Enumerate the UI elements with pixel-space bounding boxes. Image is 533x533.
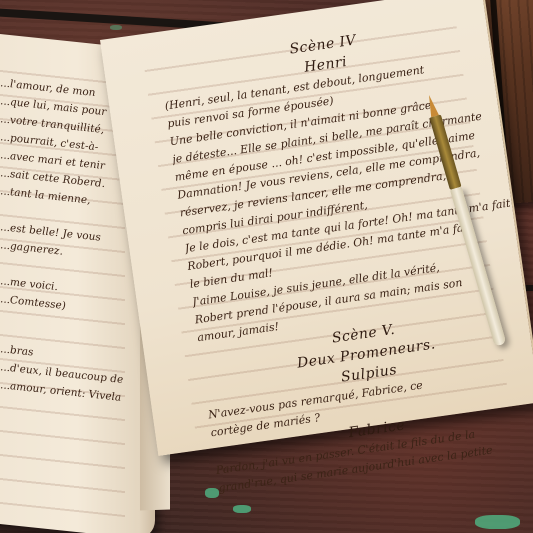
- open-manuscript: ...l'amour, de mon ...que lui, mais pour…: [0, 30, 520, 510]
- green-paint-fleck: [475, 515, 520, 529]
- photograph: ...l'amour, de mon ...que lui, mais pour…: [0, 0, 533, 533]
